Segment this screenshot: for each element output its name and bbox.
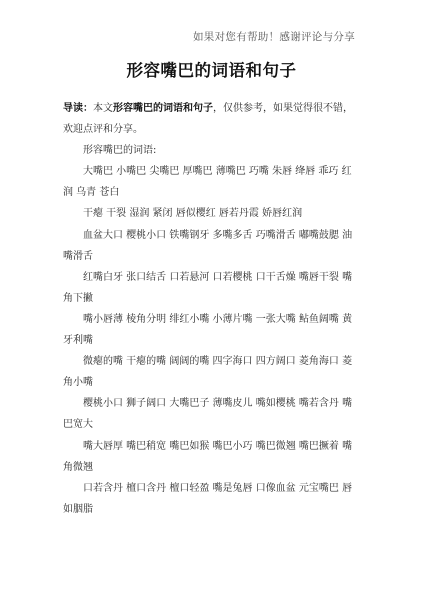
word-paragraph: 血盆大口 樱桃小口 铁嘴钢牙 多嘴多舌 巧嘴滑舌 嘟嘴鼓腮 油嘴滑舌: [63, 225, 361, 267]
word-paragraph: 红嘴白牙 张口结舌 口若悬河 口若樱桃 口干舌燥 嘴唇干裂 嘴角下撇: [63, 267, 361, 309]
word-paragraph: 微瘪的嘴 干瘪的嘴 阔阔的嘴 四字海口 四方阔口 菱角海口 菱角小嘴: [63, 351, 361, 393]
word-paragraph: 大嘴巴 小嘴巴 尖嘴巴 厚嘴巴 薄嘴巴 巧嘴 朱唇 绛唇 乖巧 红润 乌青 苍白: [63, 161, 361, 203]
word-paragraph: 口若含丹 檀口含丹 檀口轻盈 嘴是兔唇 口像血盆 元宝嘴巴 唇如胭脂: [63, 478, 361, 520]
word-paragraph: 樱桃小口 狮子阔口 大嘴巴子 薄嘴皮儿 嘴如樱桃 嘴若含丹 嘴巴宽大: [63, 393, 361, 435]
word-paragraph: 嘴小唇薄 棱角分明 绯红小嘴 小薄片嘴 一张大嘴 鲇鱼阔嘴 黄牙利嘴: [63, 309, 361, 351]
intro-prefix: 本文: [93, 103, 113, 114]
word-paragraph: 嘴大唇厚 嘴巴稍宽 嘴巴如猴 嘴巴小巧 嘴巴微翘 嘴巴撅着 嘴角微翘: [63, 436, 361, 478]
section-heading: 形容嘴巴的词语:: [63, 140, 361, 161]
word-paragraph: 干瘪 干裂 湿润 紧闭 唇似樱红 唇若丹霞 娇唇红润: [63, 203, 361, 224]
intro-bold-title: 形容嘴巴的词语和句子: [113, 103, 213, 114]
intro-label: 导读：: [63, 103, 93, 114]
intro-paragraph: 导读：本文形容嘴巴的词语和句子，仅供参考，如果觉得很不错，欢迎点评和分享。: [63, 98, 361, 140]
header-note: 如果对您有帮助！感谢评论与分享: [193, 29, 355, 44]
document-body: 导读：本文形容嘴巴的词语和句子，仅供参考，如果觉得很不错，欢迎点评和分享。 形容…: [63, 98, 361, 520]
page-title: 形容嘴巴的词语和句子: [0, 57, 423, 81]
